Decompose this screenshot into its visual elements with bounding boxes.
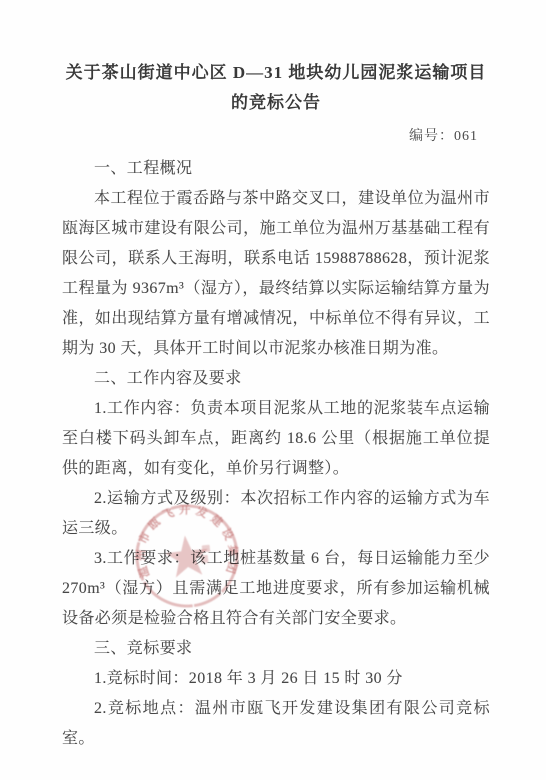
section-2-item-3: 3.工作要求：该工地桩基数量 6 台，每日运输能力至少270m³（湿方）且需满足… — [62, 544, 490, 634]
section-2-heading: 二、工作内容及要求 — [62, 364, 490, 394]
section-3-heading: 三、竞标要求 — [62, 634, 490, 664]
section-2-item-1: 1.工作内容：负责本项目泥浆从工地的泥浆装车点运输至白楼下码头卸车点，距离约 1… — [62, 394, 490, 484]
document-page: 关于茶山街道中心区 D—31 地块幼儿园泥浆运输项目 的竞标公告 编号：061 … — [0, 0, 546, 780]
title-line-1: 关于茶山街道中心区 D—31 地块幼儿园泥浆运输项目 — [62, 58, 490, 88]
section-1-heading: 一、工程概况 — [62, 154, 490, 184]
section-2-item-2: 2.运输方式及级别：本次招标工作内容的运输方式为车运三级。 — [62, 484, 490, 544]
section-3-item-2: 2.竞标地点：温州市瓯飞开发建设集团有限公司竞标室。 — [62, 694, 490, 754]
title-line-2: 的竞标公告 — [62, 88, 490, 118]
page-title: 关于茶山街道中心区 D—31 地块幼儿园泥浆运输项目 的竞标公告 — [62, 58, 490, 118]
section-1-paragraph: 本工程位于霞岙路与茶中路交叉口，建设单位为温州市瓯海区城市建设有限公司，施工单位… — [62, 184, 490, 364]
section-3-item-1: 1.竞标时间：2018 年 3 月 26 日 15 时 30 分 — [62, 664, 490, 694]
document-body: 一、工程概况 本工程位于霞岙路与茶中路交叉口，建设单位为温州市瓯海区城市建设有限… — [62, 154, 490, 754]
doc-number: 编号：061 — [62, 124, 490, 150]
